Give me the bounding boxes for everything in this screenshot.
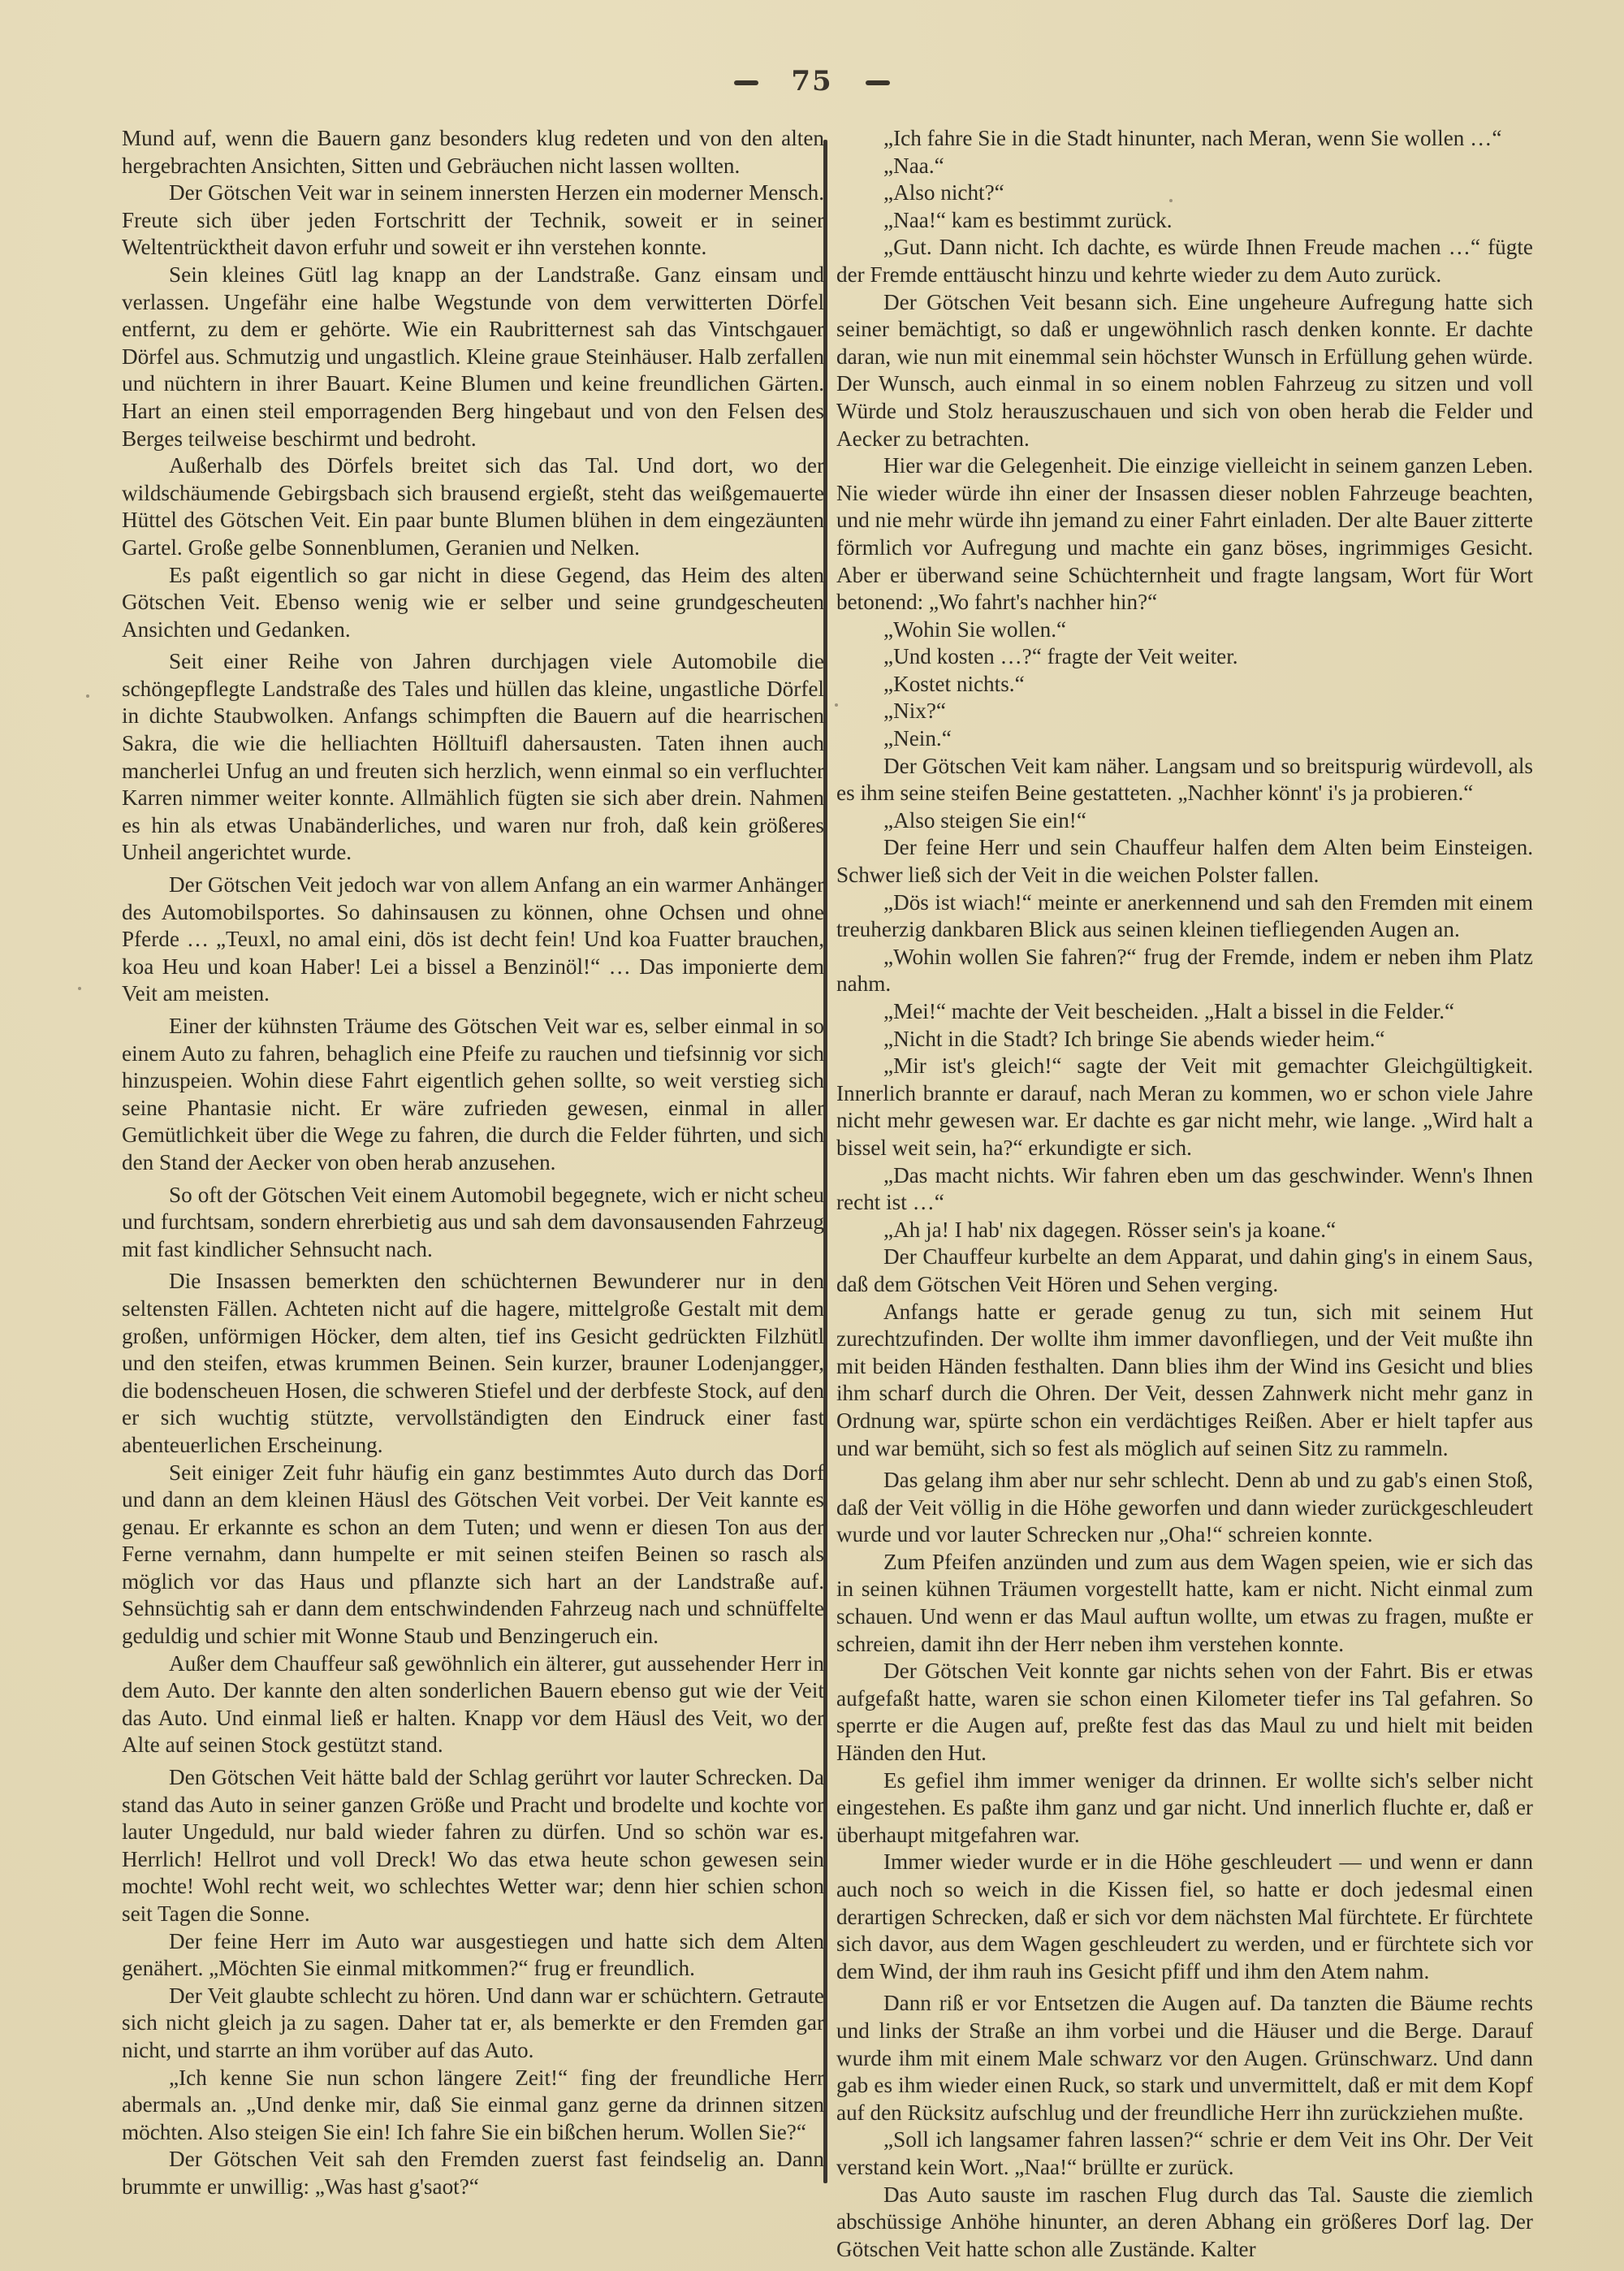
paragraph: Mund auf, wenn die Bauern ganz besonders… (122, 125, 824, 180)
paragraph: „Gut. Dann nicht. Ich dachte, es würde I… (836, 234, 1533, 288)
paper-speck (86, 694, 89, 698)
dash-right (866, 80, 890, 85)
paragraph: „Mei!“ machte der Veit bescheiden. „Halt… (836, 998, 1533, 1026)
paragraph: So oft der Götschen Veit einem Automobil… (122, 1182, 824, 1264)
paragraph: Zum Pfeifen anzünden und zum aus dem Wag… (836, 1549, 1533, 1658)
paragraph: Sein kleines Gütl lag knapp an der Lands… (122, 262, 824, 452)
page-number: 75 (791, 65, 832, 97)
paragraph: Hier war die Gelegenheit. Die einzige vi… (836, 452, 1533, 616)
paper-speck (1169, 199, 1173, 202)
paragraph: „Nein.“ (836, 725, 1533, 753)
paragraph: „Dös ist wiach!“ meinte er anerkennend u… (836, 889, 1533, 944)
paragraph: Das gelang ihm aber nur sehr schlecht. D… (836, 1467, 1533, 1549)
right-column: „Ich fahre Sie in die Stadt hinunter, na… (836, 125, 1533, 2263)
paragraph: Es gefiel ihm immer weniger da drinnen. … (836, 1767, 1533, 1849)
paragraph: Immer wieder wurde er in die Höhe geschl… (836, 1849, 1533, 1985)
paragraph: Dann riß er vor Entsetzen die Augen auf.… (836, 1990, 1533, 2126)
dash-left (734, 80, 758, 85)
paragraph: „Also steigen Sie ein!“ (836, 807, 1533, 835)
paper-speck (835, 703, 838, 707)
paragraph: Der Götschen Veit jedoch war von allem A… (122, 872, 824, 1008)
page-number-header: 75 (0, 65, 1624, 97)
paragraph: Anfangs hatte er gerade genug zu tun, si… (836, 1299, 1533, 1463)
paragraph: „Nix?“ (836, 698, 1533, 725)
paragraph: „Nicht in die Stadt? Ich bringe Sie aben… (836, 1026, 1533, 1053)
paragraph: „Also nicht?“ (836, 180, 1533, 207)
paragraph: Der Götschen Veit besann sich. Eine unge… (836, 289, 1533, 453)
paragraph: „Naa!“ kam es bestimmt zurück. (836, 207, 1533, 235)
paragraph: Außer dem Chauffeur saß gewöhnlich ein ä… (122, 1650, 824, 1759)
paragraph: „Mir ist's gleich!“ sagte der Veit mit g… (836, 1053, 1533, 1161)
paragraph: Der Götschen Veit kam näher. Langsam und… (836, 753, 1533, 807)
paragraph: „Ah ja! I hab' nix dagegen. Rösser sein'… (836, 1217, 1533, 1244)
paragraph: Die Insassen bemerkten den schüchternen … (122, 1268, 824, 1459)
paragraph: „Naa.“ (836, 153, 1533, 180)
paragraph: Seit einiger Zeit fuhr häufig ein ganz b… (122, 1460, 824, 1650)
paragraph: Es paßt eigentlich so gar nicht in diese… (122, 562, 824, 644)
paragraph: Der Veit glaubte schlecht zu hören. Und … (122, 1983, 824, 2065)
paragraph: Der feine Herr im Auto war ausgestiegen … (122, 1928, 824, 1983)
left-column: Mund auf, wenn die Bauern ganz besonders… (122, 125, 824, 2201)
paragraph: „Und kosten …?“ fragte der Veit weiter. (836, 643, 1533, 671)
paragraph: Das Auto sauste im raschen Flug durch da… (836, 2182, 1533, 2264)
paragraph: Der Götschen Veit konnte gar nichts sehe… (836, 1658, 1533, 1767)
paragraph: „Das macht nichts. Wir fahren eben um da… (836, 1162, 1533, 1217)
paragraph: „Wohin wollen Sie fahren?“ frug der Frem… (836, 944, 1533, 998)
paragraph: Der Götschen Veit war in seinem innerste… (122, 180, 824, 262)
paper-speck (78, 987, 81, 990)
paragraph: Der Götschen Veit sah den Fremden zuerst… (122, 2146, 824, 2200)
paragraph: Einer der kühnsten Träume des Götschen V… (122, 1013, 824, 1177)
paragraph: Den Götschen Veit hätte bald der Schlag … (122, 1764, 824, 1928)
paragraph: Der Chauffeur kurbelte an dem Apparat, u… (836, 1244, 1533, 1298)
paragraph: „Soll ich langsamer fahren lassen?“ schr… (836, 2126, 1533, 2181)
paragraph: „Ich fahre Sie in die Stadt hinunter, na… (836, 125, 1533, 153)
paragraph: „Ich kenne Sie nun schon längere Zeit!“ … (122, 2065, 824, 2147)
paragraph: „Wohin Sie wollen.“ (836, 616, 1533, 644)
paragraph: Seit einer Reihe von Jahren durchjagen v… (122, 648, 824, 867)
paragraph: „Kostet nichts.“ (836, 671, 1533, 699)
paragraph: Außerhalb des Dörfels breitet sich das T… (122, 452, 824, 561)
paragraph: Der feine Herr und sein Chauffeur halfen… (836, 834, 1533, 889)
